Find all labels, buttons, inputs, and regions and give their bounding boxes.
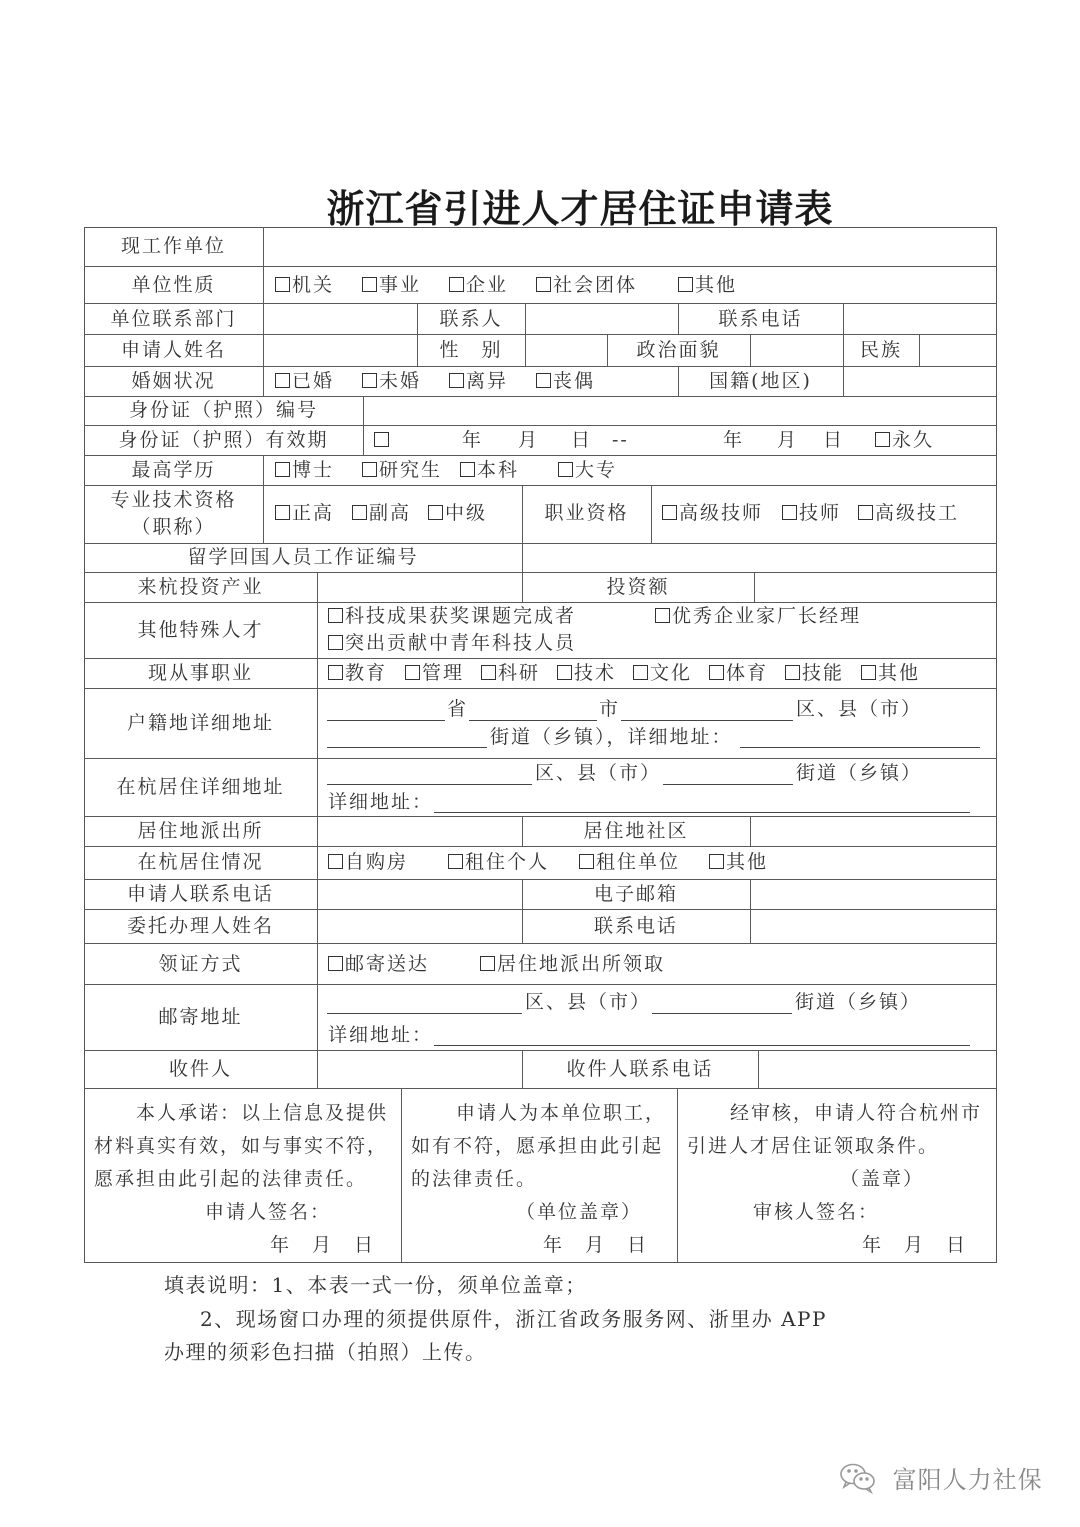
collection-option-1[interactable]: 邮寄送达 [328, 955, 429, 974]
label-ethnicity: 民族 [843, 341, 919, 360]
occupation-option-5[interactable]: 文化 [633, 664, 692, 683]
mail-detail-blank[interactable] [434, 1045, 970, 1046]
validity-month-2: 月 [777, 431, 798, 450]
label-collection-method: 领证方式 [84, 955, 317, 974]
form-title: 浙江省引进人才居住证申请表 [0, 178, 1080, 233]
label-occupation: 现从事职业 [84, 664, 317, 683]
occupation-option-8[interactable]: 其他 [861, 664, 920, 683]
validity-dash: -- [612, 431, 629, 450]
special-talent-option-1[interactable]: 科技成果获奖课题完成者 [328, 607, 576, 626]
label-recipient-phone: 收件人联系电话 [522, 1060, 758, 1079]
mail-district-label: 区、县（市） [525, 993, 651, 1012]
mail-street-label: 街道（乡镇） [795, 993, 921, 1012]
occupation-option-1[interactable]: 教育 [328, 664, 387, 683]
collection-option-2[interactable]: 居住地派出所领取 [480, 955, 665, 974]
label-tech-title-2: （职称） [84, 518, 263, 537]
marital-option-3[interactable]: 离异 [449, 372, 508, 391]
label-overseas-cert: 留学回国人员工作证编号 [84, 548, 522, 567]
label-political-status: 政治面貌 [607, 341, 750, 360]
occupation-option-3[interactable]: 科研 [481, 664, 540, 683]
review-date: 年 月 日 [862, 1236, 967, 1255]
validity-day-1: 日 [571, 431, 592, 450]
validity-permanent-option[interactable]: 永久 [875, 431, 934, 450]
street-blank[interactable] [327, 747, 487, 748]
unit-nature-option-2[interactable]: 事业 [362, 276, 421, 295]
label-nationality: 国籍(地区) [678, 372, 843, 391]
vocational-option-3[interactable]: 高级技工 [858, 504, 959, 523]
residence-option-2[interactable]: 租住个人 [448, 853, 549, 872]
label-agent-name: 委托办理人姓名 [84, 917, 317, 936]
tech-title-option-2[interactable]: 副高 [352, 504, 411, 523]
label-unit-nature: 单位性质 [84, 276, 263, 295]
hz-detail-blank[interactable] [434, 812, 970, 813]
label-community: 居住地社区 [522, 822, 750, 841]
hz-detail-label: 详细地址： [328, 793, 433, 812]
city-blank[interactable] [469, 720, 597, 721]
household-detail-blank[interactable] [740, 747, 980, 748]
label-investment-industry: 来杭投资产业 [84, 578, 317, 597]
tech-title-option-1[interactable]: 正高 [275, 504, 334, 523]
city-label: 市 [599, 700, 620, 719]
label-special-talent: 其他特殊人才 [84, 621, 317, 640]
unit-nature-option-4[interactable]: 社会团体 [536, 276, 637, 295]
label-investment-amount: 投资额 [522, 578, 754, 597]
label-gender: 性 别 [417, 341, 525, 360]
wechat-icon [838, 1466, 893, 1494]
mail-street-blank[interactable] [652, 1013, 792, 1014]
note-line-3: 办理的须彩色扫描（拍照）上传。 [164, 1336, 487, 1365]
watermark-text: 富阳人力社保 [893, 1466, 1043, 1494]
checkbox[interactable] [449, 277, 464, 292]
validity-month-1: 月 [518, 431, 539, 450]
label-contact-phone: 联系电话 [678, 310, 843, 329]
label-police-station: 居住地派出所 [84, 822, 317, 841]
hz-district-label: 区、县（市） [535, 764, 661, 783]
label-mail-address: 邮寄地址 [84, 1008, 317, 1027]
special-talent-option-2[interactable]: 优秀企业家厂长经理 [655, 607, 861, 626]
education-option-1[interactable]: 博士 [275, 461, 334, 480]
applicant-signature-label: 申请人签名： [205, 1203, 331, 1222]
occupation-option-7[interactable]: 技能 [785, 664, 844, 683]
checkbox[interactable] [536, 277, 551, 292]
unit-nature-option-5[interactable]: 其他 [678, 276, 737, 295]
review-seal-label: （盖章） [840, 1170, 924, 1189]
label-household-address: 户籍地详细地址 [84, 714, 317, 733]
label-vocational-qualification: 职业资格 [522, 504, 651, 523]
label-contact-person: 联系人 [417, 310, 525, 329]
unit-nature-option-3[interactable]: 企业 [449, 276, 508, 295]
residence-option-3[interactable]: 租住单位 [579, 853, 680, 872]
label-hz-address: 在杭居住详细地址 [84, 778, 317, 797]
residence-option-1[interactable]: 自购房 [328, 853, 408, 872]
label-recipient: 收件人 [84, 1060, 317, 1079]
checkbox[interactable] [275, 277, 290, 292]
residence-option-4[interactable]: 其他 [709, 853, 768, 872]
mail-district-blank[interactable] [327, 1013, 522, 1014]
applicant-date: 年 月 日 [270, 1236, 375, 1255]
special-talent-option-3[interactable]: 突出贡献中青年科技人员 [328, 634, 576, 653]
checkbox[interactable] [362, 277, 377, 292]
marital-option-2[interactable]: 未婚 [362, 372, 421, 391]
watermark: 富阳人力社保 [838, 1460, 1043, 1495]
province-blank[interactable] [327, 720, 445, 721]
mail-detail-label: 详细地址： [328, 1026, 433, 1045]
hz-district-blank[interactable] [327, 784, 532, 785]
validity-day-2: 日 [823, 431, 844, 450]
label-agent-phone: 联系电话 [522, 917, 750, 936]
checkbox[interactable] [678, 277, 693, 292]
district-blank[interactable] [621, 720, 793, 721]
label-residence-status: 在杭居住情况 [84, 853, 317, 872]
occupation-option-2[interactable]: 管理 [405, 664, 464, 683]
label-applicant-name: 申请人姓名 [84, 341, 263, 360]
vocational-option-1[interactable]: 高级技师 [662, 504, 763, 523]
reviewer-signature-label: 审核人签名： [753, 1203, 879, 1222]
label-tech-title-1: 专业技术资格 [84, 491, 263, 510]
education-option-4[interactable]: 大专 [558, 461, 617, 480]
vocational-option-2[interactable]: 技师 [782, 504, 841, 523]
validity-year-2: 年 [723, 431, 744, 450]
tech-title-option-3[interactable]: 中级 [428, 504, 487, 523]
label-applicant-phone: 申请人联系电话 [84, 885, 317, 904]
work-unit-field[interactable] [265, 228, 995, 265]
note-line-2: 2、现场窗口办理的须提供原件，浙江省政务服务网、浙里办 APP [200, 1303, 827, 1332]
label-id-number: 身份证（护照）编号 [84, 401, 363, 420]
label-unit-contact-dept: 单位联系部门 [84, 310, 263, 329]
unit-nature-option-1[interactable]: 机关 [275, 276, 334, 295]
note-line-1: 填表说明：1、本表一式一份，须单位盖章； [164, 1269, 587, 1298]
hz-street-blank[interactable] [663, 784, 793, 785]
unit-date: 年 月 日 [543, 1236, 648, 1255]
street-label: 街道（乡镇），详细地址： [490, 728, 733, 747]
label-education: 最高学历 [84, 461, 263, 480]
education-option-3[interactable]: 本科 [460, 461, 519, 480]
label-work-unit: 现工作单位 [84, 237, 263, 256]
id-validity-checkbox[interactable] [374, 431, 391, 450]
marital-option-4[interactable]: 丧偶 [536, 372, 595, 391]
label-marital-status: 婚姻状况 [84, 372, 263, 391]
marital-option-1[interactable]: 已婚 [275, 372, 334, 391]
validity-year-1: 年 [462, 431, 483, 450]
unit-seal-label: （单位盖章） [516, 1203, 642, 1222]
hz-street-label: 街道（乡镇） [796, 764, 922, 783]
district-label: 区、县（市） [796, 700, 922, 719]
occupation-option-6[interactable]: 体育 [709, 664, 768, 683]
province-label: 省 [447, 700, 468, 719]
education-option-2[interactable]: 研究生 [362, 461, 442, 480]
label-id-validity: 身份证（护照）有效期 [84, 431, 363, 450]
occupation-option-4[interactable]: 技术 [557, 664, 616, 683]
label-email: 电子邮箱 [522, 885, 750, 904]
